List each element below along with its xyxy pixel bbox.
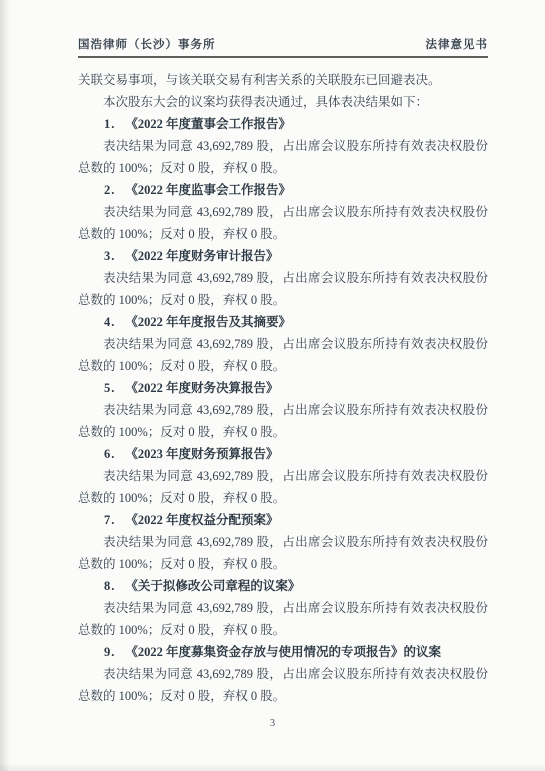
document-body: 关联交易事项，与该关联交易有利害关系的关联股东已回避表决。 本次股东大会的议案均… bbox=[78, 69, 488, 707]
agenda-item-heading: 6.《2023 年度财务预算报告》 bbox=[78, 443, 488, 465]
document-page: 国浩律师（长沙）事务所 法律意见书 关联交易事项，与该关联交易有利害关系的关联股… bbox=[0, 0, 545, 771]
vote-result-text: 表决结果为同意 43,692,789 股，占出席会议股东所持有效表决权股份总数的… bbox=[78, 201, 488, 245]
vote-result-text: 表决结果为同意 43,692,789 股，占出席会议股东所持有效表决权股份总数的… bbox=[78, 597, 488, 641]
agenda-item-heading: 8.《关于拟修改公司章程的议案》 bbox=[78, 575, 488, 597]
agenda-item-title: 《2023 年度财务预算报告》 bbox=[125, 447, 278, 461]
agenda-item-title: 《2022 年度权益分配预案》 bbox=[125, 513, 278, 527]
agenda-item: 9.《2022 年度募集资金存放与使用情况的专项报告》的议案 表决结果为同意 4… bbox=[78, 641, 488, 707]
agenda-item-heading: 3.《2022 年度财务审计报告》 bbox=[78, 245, 488, 267]
intro-paragraph-continuation: 关联交易事项，与该关联交易有利害关系的关联股东已回避表决。 bbox=[78, 69, 488, 91]
vote-result-text: 表决结果为同意 43,692,789 股，占出席会议股东所持有效表决权股份总数的… bbox=[78, 399, 488, 443]
agenda-item-number: 2. bbox=[104, 183, 115, 197]
agenda-item-title: 《2022 年度财务决算报告》 bbox=[125, 381, 278, 395]
agenda-item-heading: 5.《2022 年度财务决算报告》 bbox=[78, 377, 488, 399]
agenda-item: 1.《2022 年度董事会工作报告》 表决结果为同意 43,692,789 股，… bbox=[78, 113, 488, 179]
agenda-item-title: 《2022 年度募集资金存放与使用情况的专项报告》的议案 bbox=[125, 645, 441, 659]
vote-result-text: 表决结果为同意 43,692,789 股，占出席会议股东所持有效表决权股份总数的… bbox=[78, 333, 488, 377]
agenda-item-heading: 1.《2022 年度董事会工作报告》 bbox=[78, 113, 488, 135]
agenda-item-title: 《2022 年度财务审计报告》 bbox=[125, 249, 278, 263]
agenda-item: 2.《2022 年度监事会工作报告》 表决结果为同意 43,692,789 股，… bbox=[78, 179, 488, 245]
agenda-item-heading: 7.《2022 年度权益分配预案》 bbox=[78, 509, 488, 531]
document-type-label: 法律意见书 bbox=[426, 36, 489, 52]
agenda-item-number: 6. bbox=[104, 447, 115, 461]
page-number: 3 bbox=[0, 718, 545, 729]
agenda-item: 4.《2022 年年度报告及其摘要》 表决结果为同意 43,692,789 股，… bbox=[78, 311, 488, 377]
agenda-item-number: 1. bbox=[104, 117, 115, 131]
agenda-item-heading: 4.《2022 年年度报告及其摘要》 bbox=[78, 311, 488, 333]
vote-result-text: 表决结果为同意 43,692,789 股，占出席会议股东所持有效表决权股份总数的… bbox=[78, 267, 488, 311]
vote-result-text: 表决结果为同意 43,692,789 股，占出席会议股东所持有效表决权股份总数的… bbox=[78, 531, 488, 575]
agenda-item-number: 4. bbox=[104, 315, 115, 329]
agenda-items-list: 1.《2022 年度董事会工作报告》 表决结果为同意 43,692,789 股，… bbox=[78, 113, 488, 707]
agenda-item-heading: 9.《2022 年度募集资金存放与使用情况的专项报告》的议案 bbox=[78, 641, 488, 663]
firm-name: 国浩律师（长沙）事务所 bbox=[78, 36, 216, 52]
agenda-item: 3.《2022 年度财务审计报告》 表决结果为同意 43,692,789 股，占… bbox=[78, 245, 488, 311]
agenda-item: 8.《关于拟修改公司章程的议案》 表决结果为同意 43,692,789 股，占出… bbox=[78, 575, 488, 641]
agenda-item-number: 7. bbox=[104, 513, 115, 527]
agenda-item-title: 《关于拟修改公司章程的议案》 bbox=[125, 579, 300, 593]
agenda-item: 5.《2022 年度财务决算报告》 表决结果为同意 43,692,789 股，占… bbox=[78, 377, 488, 443]
agenda-item: 7.《2022 年度权益分配预案》 表决结果为同意 43,692,789 股，占… bbox=[78, 509, 488, 575]
intro-paragraph: 本次股东大会的议案均获得表决通过，具体表决结果如下： bbox=[78, 91, 488, 113]
agenda-item-number: 5. bbox=[104, 381, 115, 395]
vote-result-text: 表决结果为同意 43,692,789 股，占出席会议股东所持有效表决权股份总数的… bbox=[78, 135, 488, 179]
vote-result-text: 表决结果为同意 43,692,789 股，占出席会议股东所持有效表决权股份总数的… bbox=[78, 465, 488, 509]
agenda-item-number: 3. bbox=[104, 249, 115, 263]
vote-result-text: 表决结果为同意 43,692,789 股，占出席会议股东所持有效表决权股份总数的… bbox=[78, 663, 488, 707]
agenda-item-title: 《2022 年年度报告及其摘要》 bbox=[125, 315, 291, 329]
agenda-item: 6.《2023 年度财务预算报告》 表决结果为同意 43,692,789 股，占… bbox=[78, 443, 488, 509]
document-header: 国浩律师（长沙）事务所 法律意见书 bbox=[78, 36, 488, 58]
agenda-item-number: 8. bbox=[104, 579, 115, 593]
agenda-item-title: 《2022 年度监事会工作报告》 bbox=[125, 183, 291, 197]
agenda-item-heading: 2.《2022 年度监事会工作报告》 bbox=[78, 179, 488, 201]
agenda-item-title: 《2022 年度董事会工作报告》 bbox=[125, 117, 291, 131]
agenda-item-number: 9. bbox=[104, 645, 115, 659]
